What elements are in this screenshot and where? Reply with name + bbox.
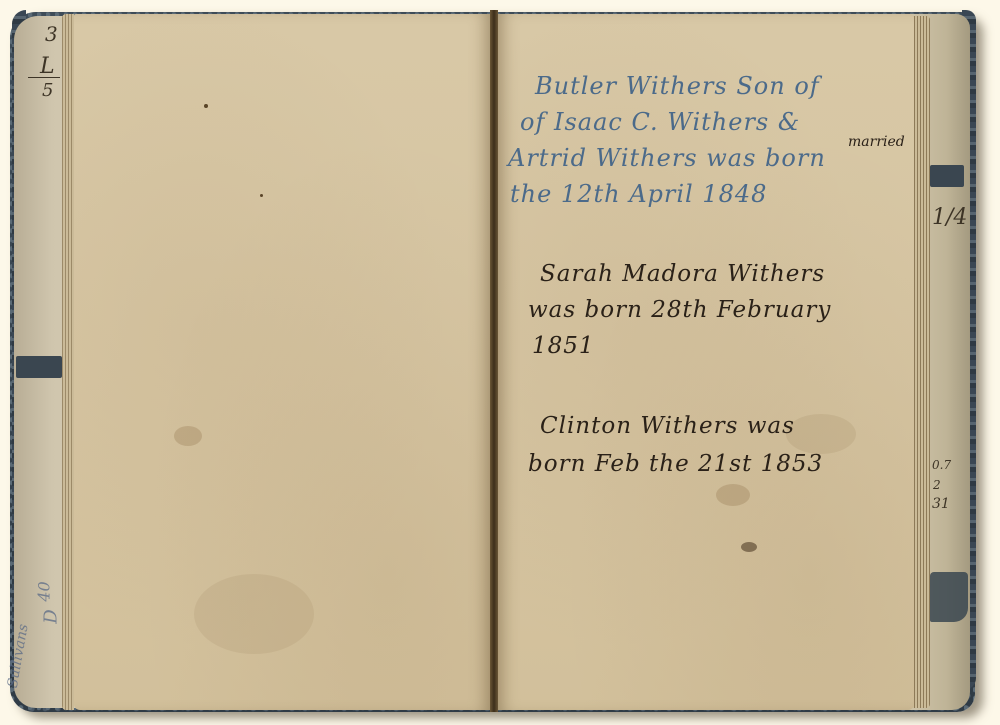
page-speck — [204, 104, 208, 108]
flyleaf-note-fraction: 1/4 — [932, 205, 967, 230]
right-cover-corner-wear — [930, 572, 968, 622]
left-cover-tab — [16, 356, 62, 378]
page-stain — [716, 484, 750, 506]
entry-line: born Feb the 21st 1853 — [528, 446, 928, 482]
record-entry-butler-4: the 12th April 1848 — [510, 176, 910, 212]
entry-line: Clinton Withers was — [540, 408, 940, 444]
entry-line: Butler Withers Son of — [535, 68, 935, 104]
flyleaf-note-3: 3 — [45, 22, 58, 46]
record-entry-sarah-2: was born 28th February — [528, 292, 928, 328]
page-stain — [174, 426, 202, 446]
entry-line: 1851 — [532, 328, 932, 364]
record-entry-sarah-3: 1851 — [532, 328, 932, 364]
entry-line: was born 28th February — [528, 292, 928, 328]
flyleaf-note-5: 5 — [42, 80, 53, 101]
flyleaf-note-L: L — [40, 54, 55, 79]
flyleaf-pencil-D: D — [41, 609, 62, 623]
flyleaf-note-07: 0.7 — [932, 458, 951, 472]
left-page-edges — [62, 14, 74, 710]
book-gutter — [490, 10, 498, 712]
entry-line: the 12th April 1848 — [510, 176, 910, 212]
page-stain — [194, 574, 314, 654]
record-entry-butler: Butler Withers Son of — [535, 68, 935, 104]
entry-line: Sarah Madora Withers — [540, 256, 940, 292]
flyleaf-note-2: 2 — [933, 478, 941, 492]
record-entry-sarah: Sarah Madora Withers — [540, 256, 940, 292]
flyleaf-fraction-line — [28, 77, 60, 78]
ink-blot — [741, 542, 757, 552]
record-entry-clinton: Clinton Withers was — [540, 408, 940, 444]
flyleaf-pencil-40: 40 — [35, 581, 54, 601]
right-cover-tab — [930, 165, 964, 187]
page-speck — [260, 194, 263, 197]
interlinear-correction: married — [848, 134, 905, 150]
record-entry-clinton-2: born Feb the 21st 1853 — [528, 446, 928, 482]
left-page — [74, 14, 492, 710]
book-photo: 3 L 5 40 D Sullivans 1/4 0.7 2 31 Butler… — [0, 0, 1000, 725]
flyleaf-note-31: 31 — [932, 496, 950, 512]
